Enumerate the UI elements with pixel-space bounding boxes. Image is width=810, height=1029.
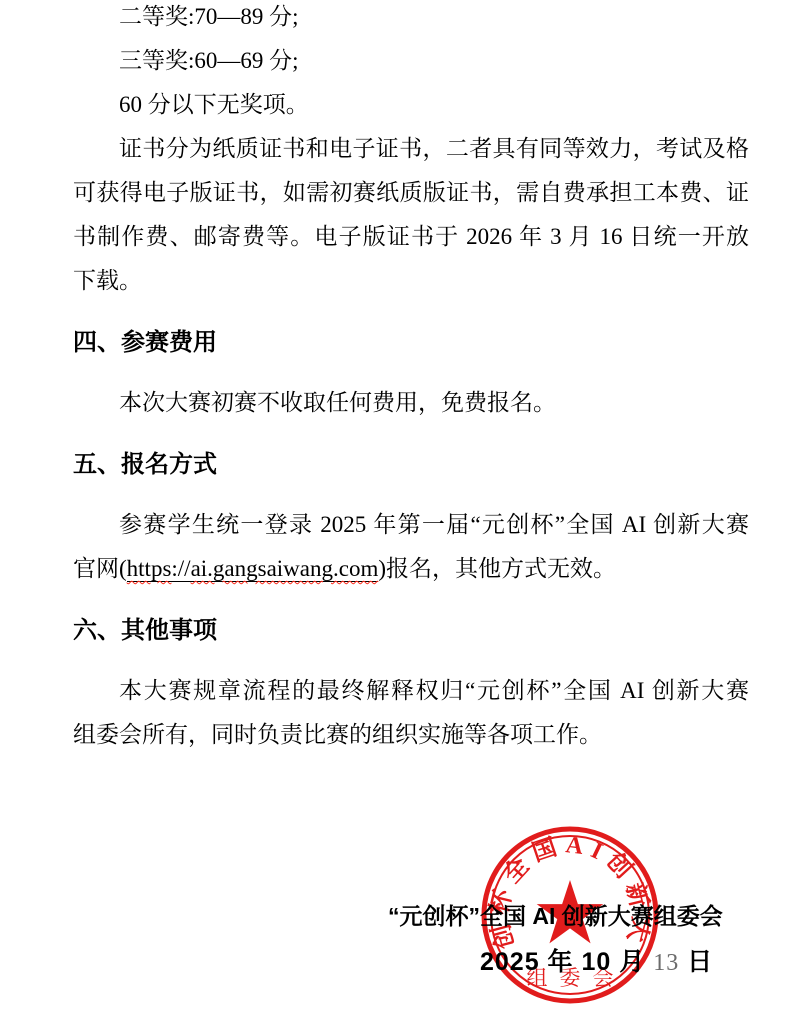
registration-line2-prefix: 官网( (73, 556, 127, 581)
certificate-paragraph-line: 下载。 (73, 259, 749, 303)
section-heading-other: 六、其他事项 (73, 609, 749, 653)
url-scheme: https (127, 556, 172, 581)
award-line-no-prize: 60 分以下无奖项。 (73, 83, 749, 127)
registration-line2-suffix: )报名，其他方式无效。 (378, 556, 616, 581)
registration-url-link[interactable]: https://ai.gangsaiwang.com (127, 556, 379, 582)
section-heading-registration: 五、报名方式 (73, 443, 749, 487)
date-day: 13 (653, 950, 679, 976)
document-content: 二等奖:70—89 分; 三等奖:60—69 分; 60 分以下无奖项。 证书分… (73, 0, 749, 757)
award-line-second-prize: 二等奖:70—89 分; (73, 0, 749, 39)
date-suffix: 日 (679, 948, 713, 976)
document-page: 二等奖:70—89 分; 三等奖:60—69 分; 60 分以下无奖项。 证书分… (0, 0, 810, 1029)
registration-line-2: 官网(https://ai.gangsaiwang.com)报名，其他方式无效。 (73, 547, 749, 591)
other-line-2: 组委会所有，同时负责比赛的组织实施等各项工作。 (73, 713, 749, 757)
date-prefix: 2025 年 10 月 (480, 948, 653, 976)
other-line-1: 本大赛规章流程的最终解释权归“元创杯”全国 AI 创新大赛 (73, 669, 749, 713)
award-line-third-prize: 三等奖:60—69 分; (73, 39, 749, 83)
certificate-paragraph-line: 书制作费、邮寄费等。电子版证书于 2026 年 3 月 16 日统一开放 (73, 215, 749, 259)
section-heading-fees: 四、参赛费用 (73, 321, 749, 365)
url-separator: :// (171, 556, 190, 581)
url-host: ai.gangsaiwang.com (191, 556, 379, 581)
signature-organization: “元创杯”全国 AI 创新大赛组委会 (388, 901, 723, 931)
fees-text: 本次大赛初赛不收取任何费用，免费报名。 (73, 381, 749, 425)
certificate-paragraph-line: 证书分为纸质证书和电子证书，二者具有同等效力，考试及格 (73, 127, 749, 171)
registration-line-1: 参赛学生统一登录 2025 年第一届“元创杯”全国 AI 创新大赛 (73, 503, 749, 547)
signature-date: 2025 年 10 月 13 日 (480, 946, 713, 979)
certificate-paragraph-line: 可获得电子版证书，如需初赛纸质版证书，需自费承担工本费、证 (73, 171, 749, 215)
